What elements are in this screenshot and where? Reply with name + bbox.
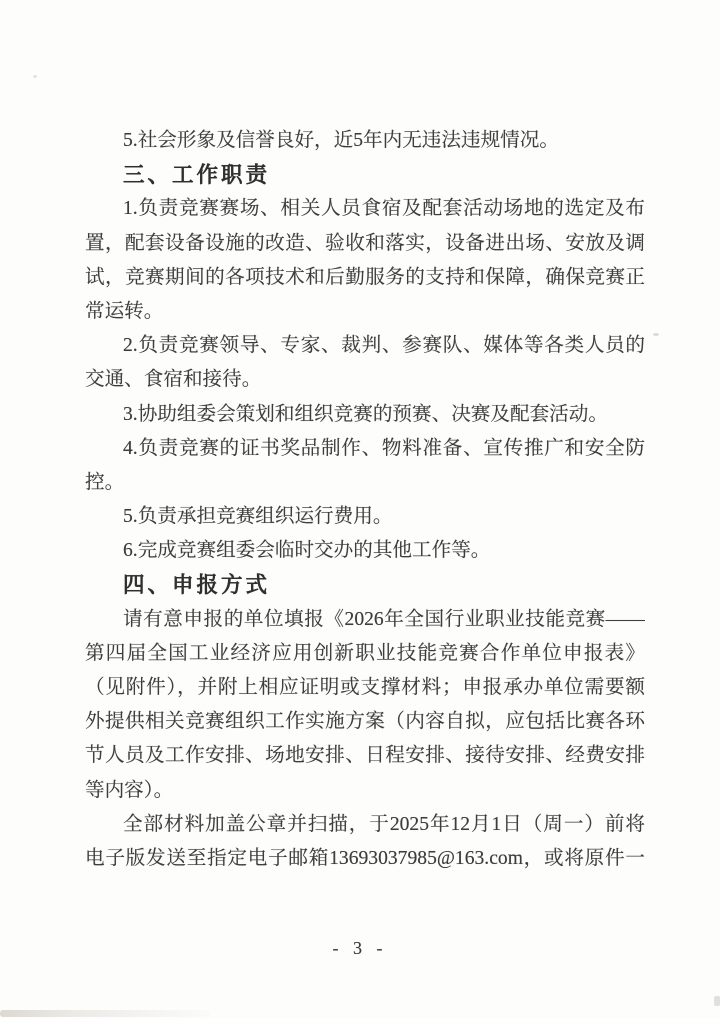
section-heading-application-method: 四、申报方式 (85, 568, 645, 602)
doc-line: 6.完成竞赛组委会临时交办的其他工作等。 (85, 534, 645, 568)
doc-line: 置，配套设备设施的改造、验收和落实，设备进出场、安放及调 (85, 227, 645, 261)
scan-artifact (33, 75, 37, 78)
doc-line: 请有意申报的单位填报《2026年全国行业职业技能竞赛—— (85, 603, 645, 637)
doc-line: 全部材料加盖公章并扫描，于2025年12月1日（周一）前将 (85, 808, 645, 842)
doc-line: 1.负责竞赛赛场、相关人员食宿及配套活动场地的选定及布 (85, 192, 645, 226)
doc-line: 交通、食宿和接待。 (85, 363, 645, 397)
doc-line: 电子版发送至指定电子邮箱13693037985@163.com，或将原件一 (85, 842, 645, 876)
doc-line: 4.负责竞赛的证书奖品制作、物料准备、宣传推广和安全防 (85, 432, 645, 466)
doc-line: 等内容）。 (85, 774, 645, 808)
scan-artifact (714, 996, 720, 1006)
doc-line: 试，竞赛期间的各项技术和后勤服务的支持和保障，确保竞赛正 (85, 261, 645, 295)
doc-line: （见附件），并附上相应证明或支撑材料；申报承办单位需要额 (85, 671, 645, 705)
doc-line: 5.负责承担竞赛组织运行费用。 (85, 500, 645, 534)
scan-artifact (0, 1010, 210, 1017)
doc-line: 3.协助组委会策划和组织竞赛的预赛、决赛及配套活动。 (85, 398, 645, 432)
doc-line: 外提供相关竞赛组织工作实施方案（内容自拟，应包括比赛各环 (85, 705, 645, 739)
doc-line: 2.负责竞赛领导、专家、裁判、参赛队、媒体等各类人员的 (85, 329, 645, 363)
section-heading-work-duties: 三、工作职责 (85, 158, 645, 192)
scanned-document-page: 5.社会形象及信誉良好，近5年内无违法违规情况。 三、工作职责 1.负责竞赛赛场… (0, 0, 720, 1019)
document-body: 5.社会形象及信誉良好，近5年内无违法违规情况。 三、工作职责 1.负责竞赛赛场… (85, 124, 645, 876)
doc-line: 常运转。 (85, 295, 645, 329)
doc-line: 5.社会形象及信誉良好，近5年内无违法违规情况。 (85, 124, 645, 158)
scan-artifact (653, 333, 659, 336)
page-number: - 3 - (0, 938, 720, 959)
doc-line: 节人员及工作安排、场地安排、日程安排、接待安排、经费安排 (85, 739, 645, 773)
doc-line: 控。 (85, 466, 645, 500)
doc-line: 第四届全国工业经济应用创新职业技能竞赛合作单位申报表》 (85, 637, 645, 671)
